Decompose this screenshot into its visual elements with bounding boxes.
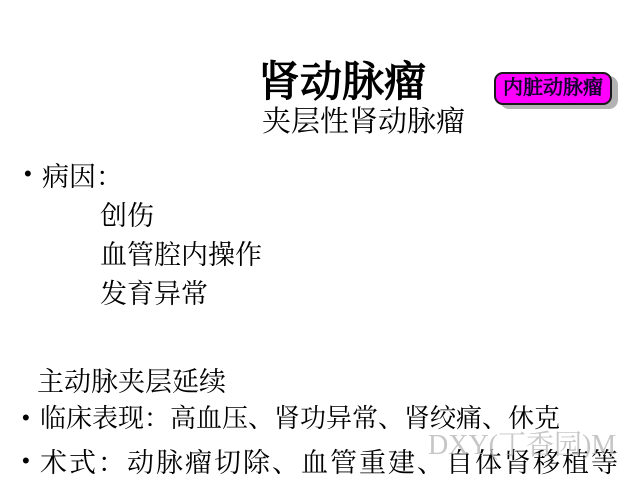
bullet-icon: • <box>24 163 32 185</box>
slide-subtitle: 夹层性肾动脉瘤 <box>262 106 465 139</box>
category-badge: 内脏动脉瘤 <box>494 72 612 105</box>
bullet-icon: • <box>22 407 30 429</box>
bullet-icon: • <box>22 450 30 472</box>
watermark: DXY(丁香园)M <box>428 423 616 463</box>
etiology-item-developmental: 发育异常 <box>100 272 208 311</box>
etiology-item-aortic-dissection: 主动脉夹层延续 <box>37 360 226 399</box>
etiology-heading: 病因： <box>42 155 123 194</box>
slide-canvas: 肾动脉瘤 内脏动脉瘤 夹层性肾动脉瘤 • 病因： 创伤 血管腔内操作 发育异常 … <box>0 0 640 480</box>
etiology-item-endovascular: 血管腔内操作 <box>100 233 262 272</box>
etiology-item-trauma: 创伤 <box>100 194 154 233</box>
slide-title: 肾动脉瘤 <box>258 60 426 104</box>
